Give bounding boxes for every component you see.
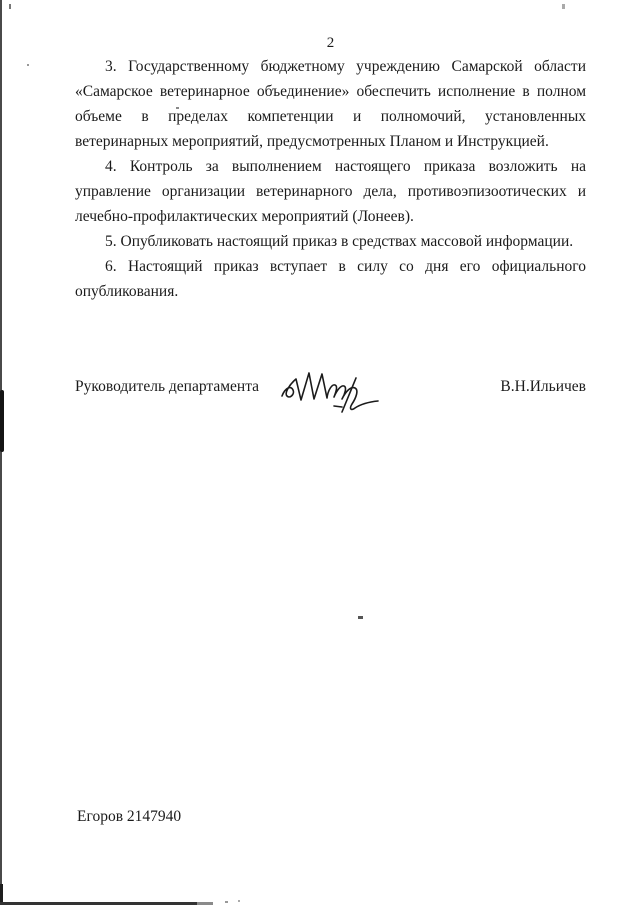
signatory-name: В.Н.Ильичев	[500, 378, 586, 396]
document-page: 2 3. Государственному бюджетному учрежде…	[0, 0, 640, 905]
page-number: 2	[75, 35, 586, 52]
handwritten-signature-icon	[278, 356, 383, 414]
signatory-title: Руководитель департамента	[75, 378, 259, 396]
scan-speck	[238, 900, 240, 902]
paragraph-item-3: 3. Государственному бюджетному учреждени…	[75, 54, 586, 154]
paragraph-item-4: 4. Контроль за выполнением настоящего пр…	[75, 154, 586, 229]
scan-speck	[562, 4, 565, 9]
scan-edge-left-line	[0, 0, 2, 905]
scan-speck	[27, 64, 29, 66]
paragraph-item-6: 6. Настоящий приказ вступает в силу со д…	[75, 254, 586, 304]
scan-speck	[225, 901, 228, 903]
scan-speck	[358, 616, 363, 619]
scan-speck	[9, 4, 11, 9]
document-body: 3. Государственному бюджетному учреждени…	[75, 54, 586, 304]
scan-edge-left-bottom	[0, 884, 3, 905]
scan-edge-left-blob	[0, 390, 4, 452]
paragraph-item-5: 5. Опубликовать настоящий приказ в средс…	[75, 229, 586, 254]
document-footer-code: Егоров 2147940	[77, 808, 181, 826]
